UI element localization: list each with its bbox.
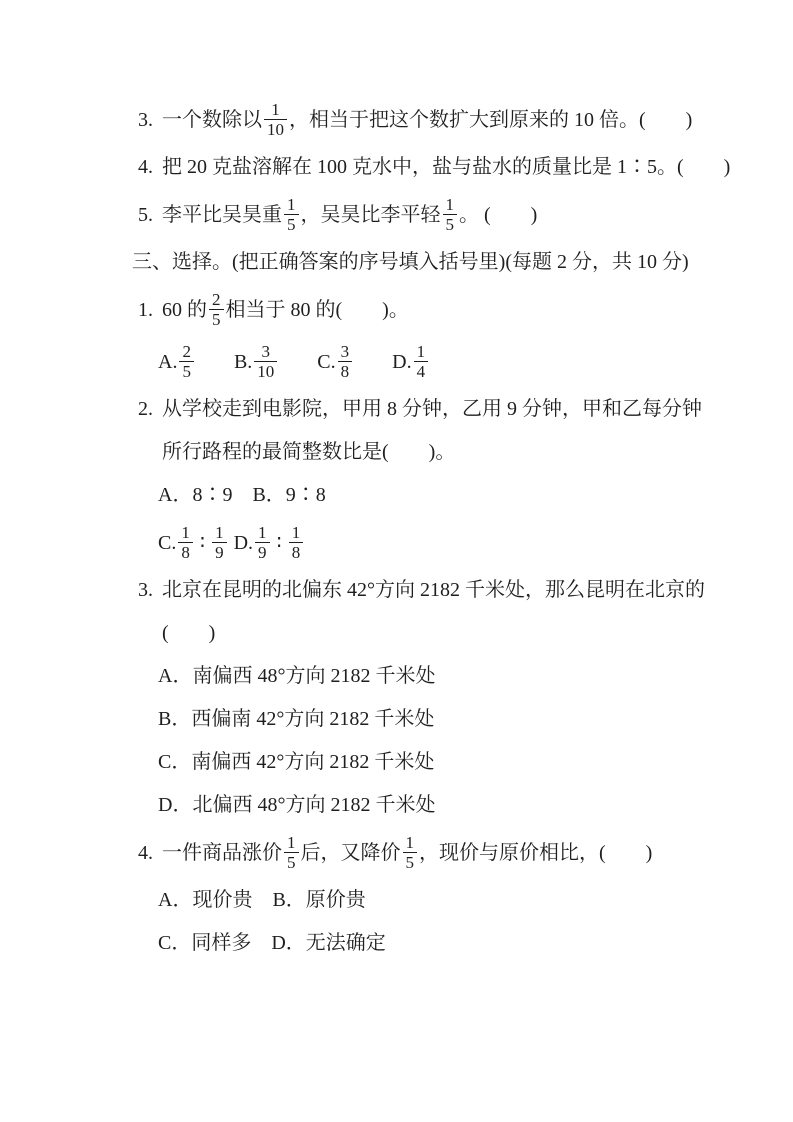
text-run: ∶ [195, 530, 210, 556]
fraction: 25 [209, 290, 224, 329]
worksheet-line-options: C．南偏西 42°方向 2182 千米处 [132, 747, 753, 777]
question-number: 3. [138, 577, 162, 603]
text-run: 一件商品涨价 [162, 840, 282, 866]
text-run: C．南偏西 42°方向 2182 千米处 [158, 749, 434, 775]
worksheet-line-question: 1.60 的25相当于 80 的( )。 [132, 290, 753, 329]
text-run: 北京在昆明的北偏东 42°方向 2182 千米处，那么昆明在北京的 [162, 577, 705, 603]
fraction: 19 [212, 523, 227, 562]
fraction-numerator: 1 [268, 100, 283, 119]
fraction-numerator: 1 [284, 195, 299, 214]
question-number: 4. [138, 154, 162, 180]
worksheet-line-question: 2.从学校走到电影院，甲用 8 分钟，乙用 9 分钟，甲和乙每分钟 [132, 394, 753, 424]
fraction-numerator: 1 [443, 195, 458, 214]
text-run: 三、选择。(把正确答案的序号填入括号里)(每题 2 分，共 10 分) [132, 249, 689, 275]
fraction-denominator: 4 [414, 361, 429, 381]
text-run: A. [158, 349, 177, 375]
text-run: ，现价与原价相比，( ) [419, 840, 652, 866]
fraction-numerator: 1 [284, 833, 299, 852]
text-run: 从学校走到电影院，甲用 8 分钟，乙用 9 分钟，甲和乙每分钟 [162, 396, 702, 422]
text-run: ，相当于把这个数扩大到原来的 10 倍。( ) [289, 107, 692, 133]
text-run: 。 ( ) [459, 202, 537, 228]
fraction-denominator: 5 [284, 852, 299, 872]
text-run: 60 的 [162, 297, 207, 323]
fraction-denominator: 5 [209, 309, 224, 329]
fraction-denominator: 9 [212, 542, 227, 562]
fraction: 18 [289, 523, 304, 562]
text-run: 把 20 克盐溶解在 100 克水中，盐与盐水的质量比是 1∶5。( ) [162, 154, 730, 180]
fraction-numerator: 1 [289, 523, 304, 542]
fraction-numerator: 1 [255, 523, 270, 542]
question-number: 1. [138, 297, 162, 323]
fraction: 15 [443, 195, 458, 234]
text-run: 一个数除以 [162, 107, 262, 133]
fraction: 25 [179, 342, 194, 381]
fraction-numerator: 3 [259, 342, 274, 361]
worksheet-line-options: D．北偏西 48°方向 2182 千米处 [132, 790, 753, 820]
text-run: 所行路程的最简整数比是( )。 [162, 439, 455, 465]
text-run: 李平比吴昊重 [162, 202, 282, 228]
option-gap-spacer [196, 361, 234, 362]
fraction: 38 [338, 342, 353, 381]
fraction: 14 [414, 342, 429, 381]
text-run: C．同样多 D．无法确定 [158, 930, 386, 956]
fraction-numerator: 1 [178, 523, 193, 542]
text-run: C. [158, 530, 176, 556]
fraction-denominator: 5 [179, 361, 194, 381]
text-run: ∶ [272, 530, 287, 556]
worksheet-page: 3.一个数除以110，相当于把这个数扩大到原来的 10 倍。( )4.把 20 … [0, 0, 793, 958]
fraction-denominator: 5 [284, 214, 299, 234]
fraction: 15 [284, 195, 299, 234]
worksheet-line-options: A.25B.310C.38D.14 [132, 342, 753, 381]
fraction: 110 [264, 100, 287, 139]
question-number: 3. [138, 107, 162, 133]
worksheet-line-question: 5.李平比吴昊重15，吴昊比李平轻15。 ( ) [132, 195, 753, 234]
worksheet-line-question: 3.一个数除以110，相当于把这个数扩大到原来的 10 倍。( ) [132, 100, 753, 139]
option-gap-spacer [279, 361, 317, 362]
option-gap-spacer [354, 361, 392, 362]
worksheet-line-question: 4.一件商品涨价15后，又降价15，现价与原价相比，( ) [132, 833, 753, 872]
text-run: D. [392, 349, 411, 375]
worksheet-line-continuation: ( ) [132, 618, 753, 648]
text-run: D. [229, 530, 253, 556]
question-number: 2. [138, 396, 162, 422]
text-run: B．西偏南 42°方向 2182 千米处 [158, 706, 434, 732]
fraction-numerator: 1 [414, 342, 429, 361]
worksheet-line-continuation: 所行路程的最简整数比是( )。 [132, 437, 753, 467]
fraction-denominator: 8 [338, 361, 353, 381]
worksheet-line-options: A．8∶9 B．9∶8 [132, 480, 753, 510]
text-run: D．北偏西 48°方向 2182 千米处 [158, 792, 435, 818]
worksheet-line-options: B．西偏南 42°方向 2182 千米处 [132, 704, 753, 734]
fraction-denominator: 5 [443, 214, 458, 234]
text-run: C. [317, 349, 335, 375]
text-run: ( ) [162, 620, 215, 646]
fraction-numerator: 2 [209, 290, 224, 309]
fraction-denominator: 9 [255, 542, 270, 562]
fraction-numerator: 1 [403, 833, 418, 852]
text-run: ，吴昊比李平轻 [301, 202, 441, 228]
question-number: 4. [138, 840, 162, 866]
fraction-denominator: 10 [264, 119, 287, 139]
fraction: 18 [178, 523, 193, 562]
worksheet-line-options: C．同样多 D．无法确定 [132, 928, 753, 958]
worksheet-line-options: A．现价贵 B．原价贵 [132, 885, 753, 915]
fraction-denominator: 10 [254, 361, 277, 381]
worksheet-line-question: 3.北京在昆明的北偏东 42°方向 2182 千米处，那么昆明在北京的 [132, 575, 753, 605]
text-run: A．现价贵 B．原价贵 [158, 887, 366, 913]
worksheet-line-section: 三、选择。(把正确答案的序号填入括号里)(每题 2 分，共 10 分) [132, 247, 753, 277]
worksheet-line-options: C.18 ∶ 19 D.19 ∶ 18 [132, 523, 753, 562]
text-run: A．南偏西 48°方向 2182 千米处 [158, 663, 435, 689]
text-run: B. [234, 349, 252, 375]
text-run: 相当于 80 的( )。 [226, 297, 409, 323]
fraction-numerator: 3 [338, 342, 353, 361]
worksheet-line-options: A．南偏西 48°方向 2182 千米处 [132, 661, 753, 691]
fraction-denominator: 5 [403, 852, 418, 872]
fraction-denominator: 8 [178, 542, 193, 562]
worksheet-line-question: 4.把 20 克盐溶解在 100 克水中，盐与盐水的质量比是 1∶5。( ) [132, 152, 753, 182]
fraction-numerator: 2 [179, 342, 194, 361]
text-run: 后，又降价 [301, 840, 401, 866]
fraction: 310 [254, 342, 277, 381]
fraction: 19 [255, 523, 270, 562]
text-run: A．8∶9 B．9∶8 [158, 482, 326, 508]
question-number: 5. [138, 202, 162, 228]
fraction-denominator: 8 [289, 542, 304, 562]
fraction: 15 [403, 833, 418, 872]
fraction-numerator: 1 [212, 523, 227, 542]
fraction: 15 [284, 833, 299, 872]
